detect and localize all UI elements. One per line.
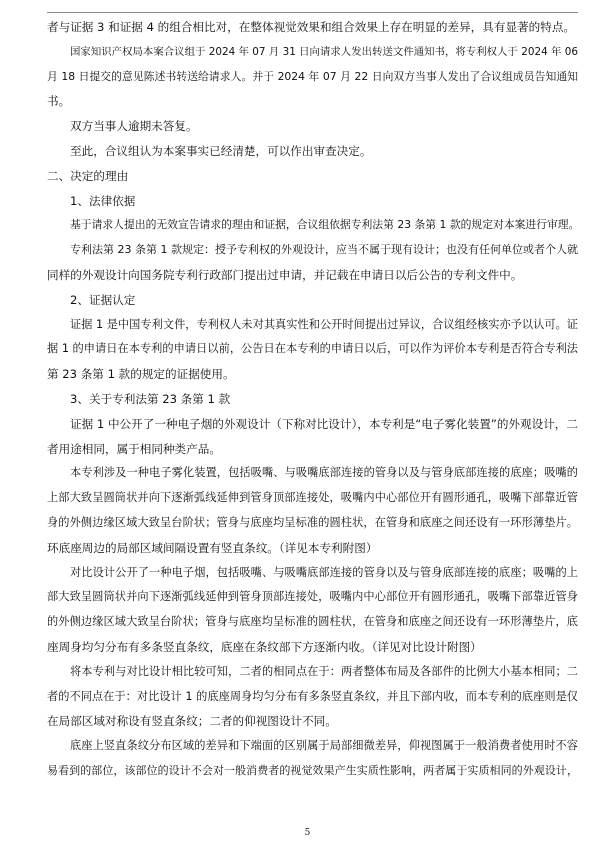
document-body: 者与证据 3 和证据 4 的组合相比对，在整体视觉效果和组合效果上存在明显的差异… [47, 15, 578, 784]
text-line: 证据 1 是中国专利文件，专利权人未对其真实性和公开时间提出过异议，合议组经核实… [47, 313, 578, 338]
text-line: 者与证据 3 和证据 4 的组合相比对，在整体视觉效果和组合效果上存在明显的差异… [47, 15, 578, 40]
page-number: 5 [0, 828, 615, 838]
text-line: 者用途相同，属于相同种类产品。 [47, 437, 578, 462]
text-line: 的外侧边缘区域大致呈台阶状；管身与底座均呈标准的圆柱状，在管身和底座之间还设有一… [47, 610, 578, 635]
text-line: 易看到的部位，该部位的设计不会对一般消费者的视觉效果产生实质性影响，两者属于实质… [47, 759, 578, 784]
text-line: 书。 [47, 89, 578, 114]
text-line: 基于请求人提出的无效宣告请求的理由和证据，合议组依据专利法第 23 条第 1 款… [47, 213, 578, 238]
text-line: 对比设计公开了一种电子烟，包括吸嘴、与吸嘴底部连接的管身以及与管身底部连接的底座… [47, 561, 578, 586]
text-line: 本专利涉及一种电子雾化装置，包括吸嘴、与吸嘴底部连接的管身以及与管身底部连接的底… [47, 461, 578, 486]
text-line: 者的不同点在于：对比设计 1 的底座周身均匀分布有多条竖直条纹，并且下部内收，而… [47, 685, 578, 710]
text-line: 据 1 的申请日在本专利的申请日以前，公告日在本专利的申请日以后，可以作为评价本… [47, 337, 578, 362]
text-line: 底座上竖直条纹分布区域的差异和下端面的区别属于局部细微差异，仰视图属于一般消费者… [47, 734, 578, 759]
text-line: 至此，合议组认为本案事实已经清楚，可以作出审查决定。 [47, 139, 578, 164]
text-line: 双方当事人逾期未答复。 [47, 114, 578, 139]
text-line: 同样的外观设计向国务院专利行政部门提出过申请，并记载在申请日以后公告的专利文件中… [47, 263, 578, 288]
text-line: 座周身均匀分布有多条竖直条纹，底座在条纹部下方逐渐内收。（详见对比设计附图） [47, 635, 578, 660]
text-line: 1、法律依据 [47, 189, 578, 214]
header-rule [47, 12, 578, 13]
text-line: 3、关于专利法第 23 条第 1 款 [47, 387, 578, 412]
text-line: 二、决定的理由 [47, 164, 578, 189]
text-line: 第 23 条第 1 款的规定的证据使用。 [47, 362, 578, 387]
text-line: 环底座周边的局部区域间隔设置有竖直条纹。（详见本专利附图） [47, 536, 578, 561]
text-line: 将本专利与对比设计相比较可知，二者的相同点在于：两者整体布局及各部件的比例大小基… [47, 660, 578, 685]
text-line: 国家知识产权局本案合议组于 2024 年 07 月 31 日向请求人发出转送文件… [47, 40, 578, 65]
text-line: 身的外侧边缘区域大致呈台阶状；管身与底座均呈标准的圆柱状，在管身和底座之间还设有… [47, 511, 578, 536]
text-line: 部大致呈圆筒状并向下逐渐弧线延伸到管身顶部连接处，吸嘴内中心部位开有圆形通孔，吸… [47, 585, 578, 610]
text-line: 专利法第 23 条第 1 款规定：授予专利权的外观设计，应当不属于现有设计；也没… [47, 238, 578, 263]
text-line: 月 18 日提交的意见陈述书转送给请求人。并于 2024 年 07 月 22 日… [47, 65, 578, 90]
text-line: 2、证据认定 [47, 288, 578, 313]
text-line: 证据 1 中公开了一种电子烟的外观设计（下称对比设计），本专利是“电子雾化装置”… [47, 412, 578, 437]
text-line: 在局部区域对称设有竖直条纹；二者的仰视图设计不同。 [47, 709, 578, 734]
text-line: 上部大致呈圆筒状并向下逐渐弧线延伸到管身顶部连接处，吸嘴内中心部位开有圆形通孔，… [47, 486, 578, 511]
